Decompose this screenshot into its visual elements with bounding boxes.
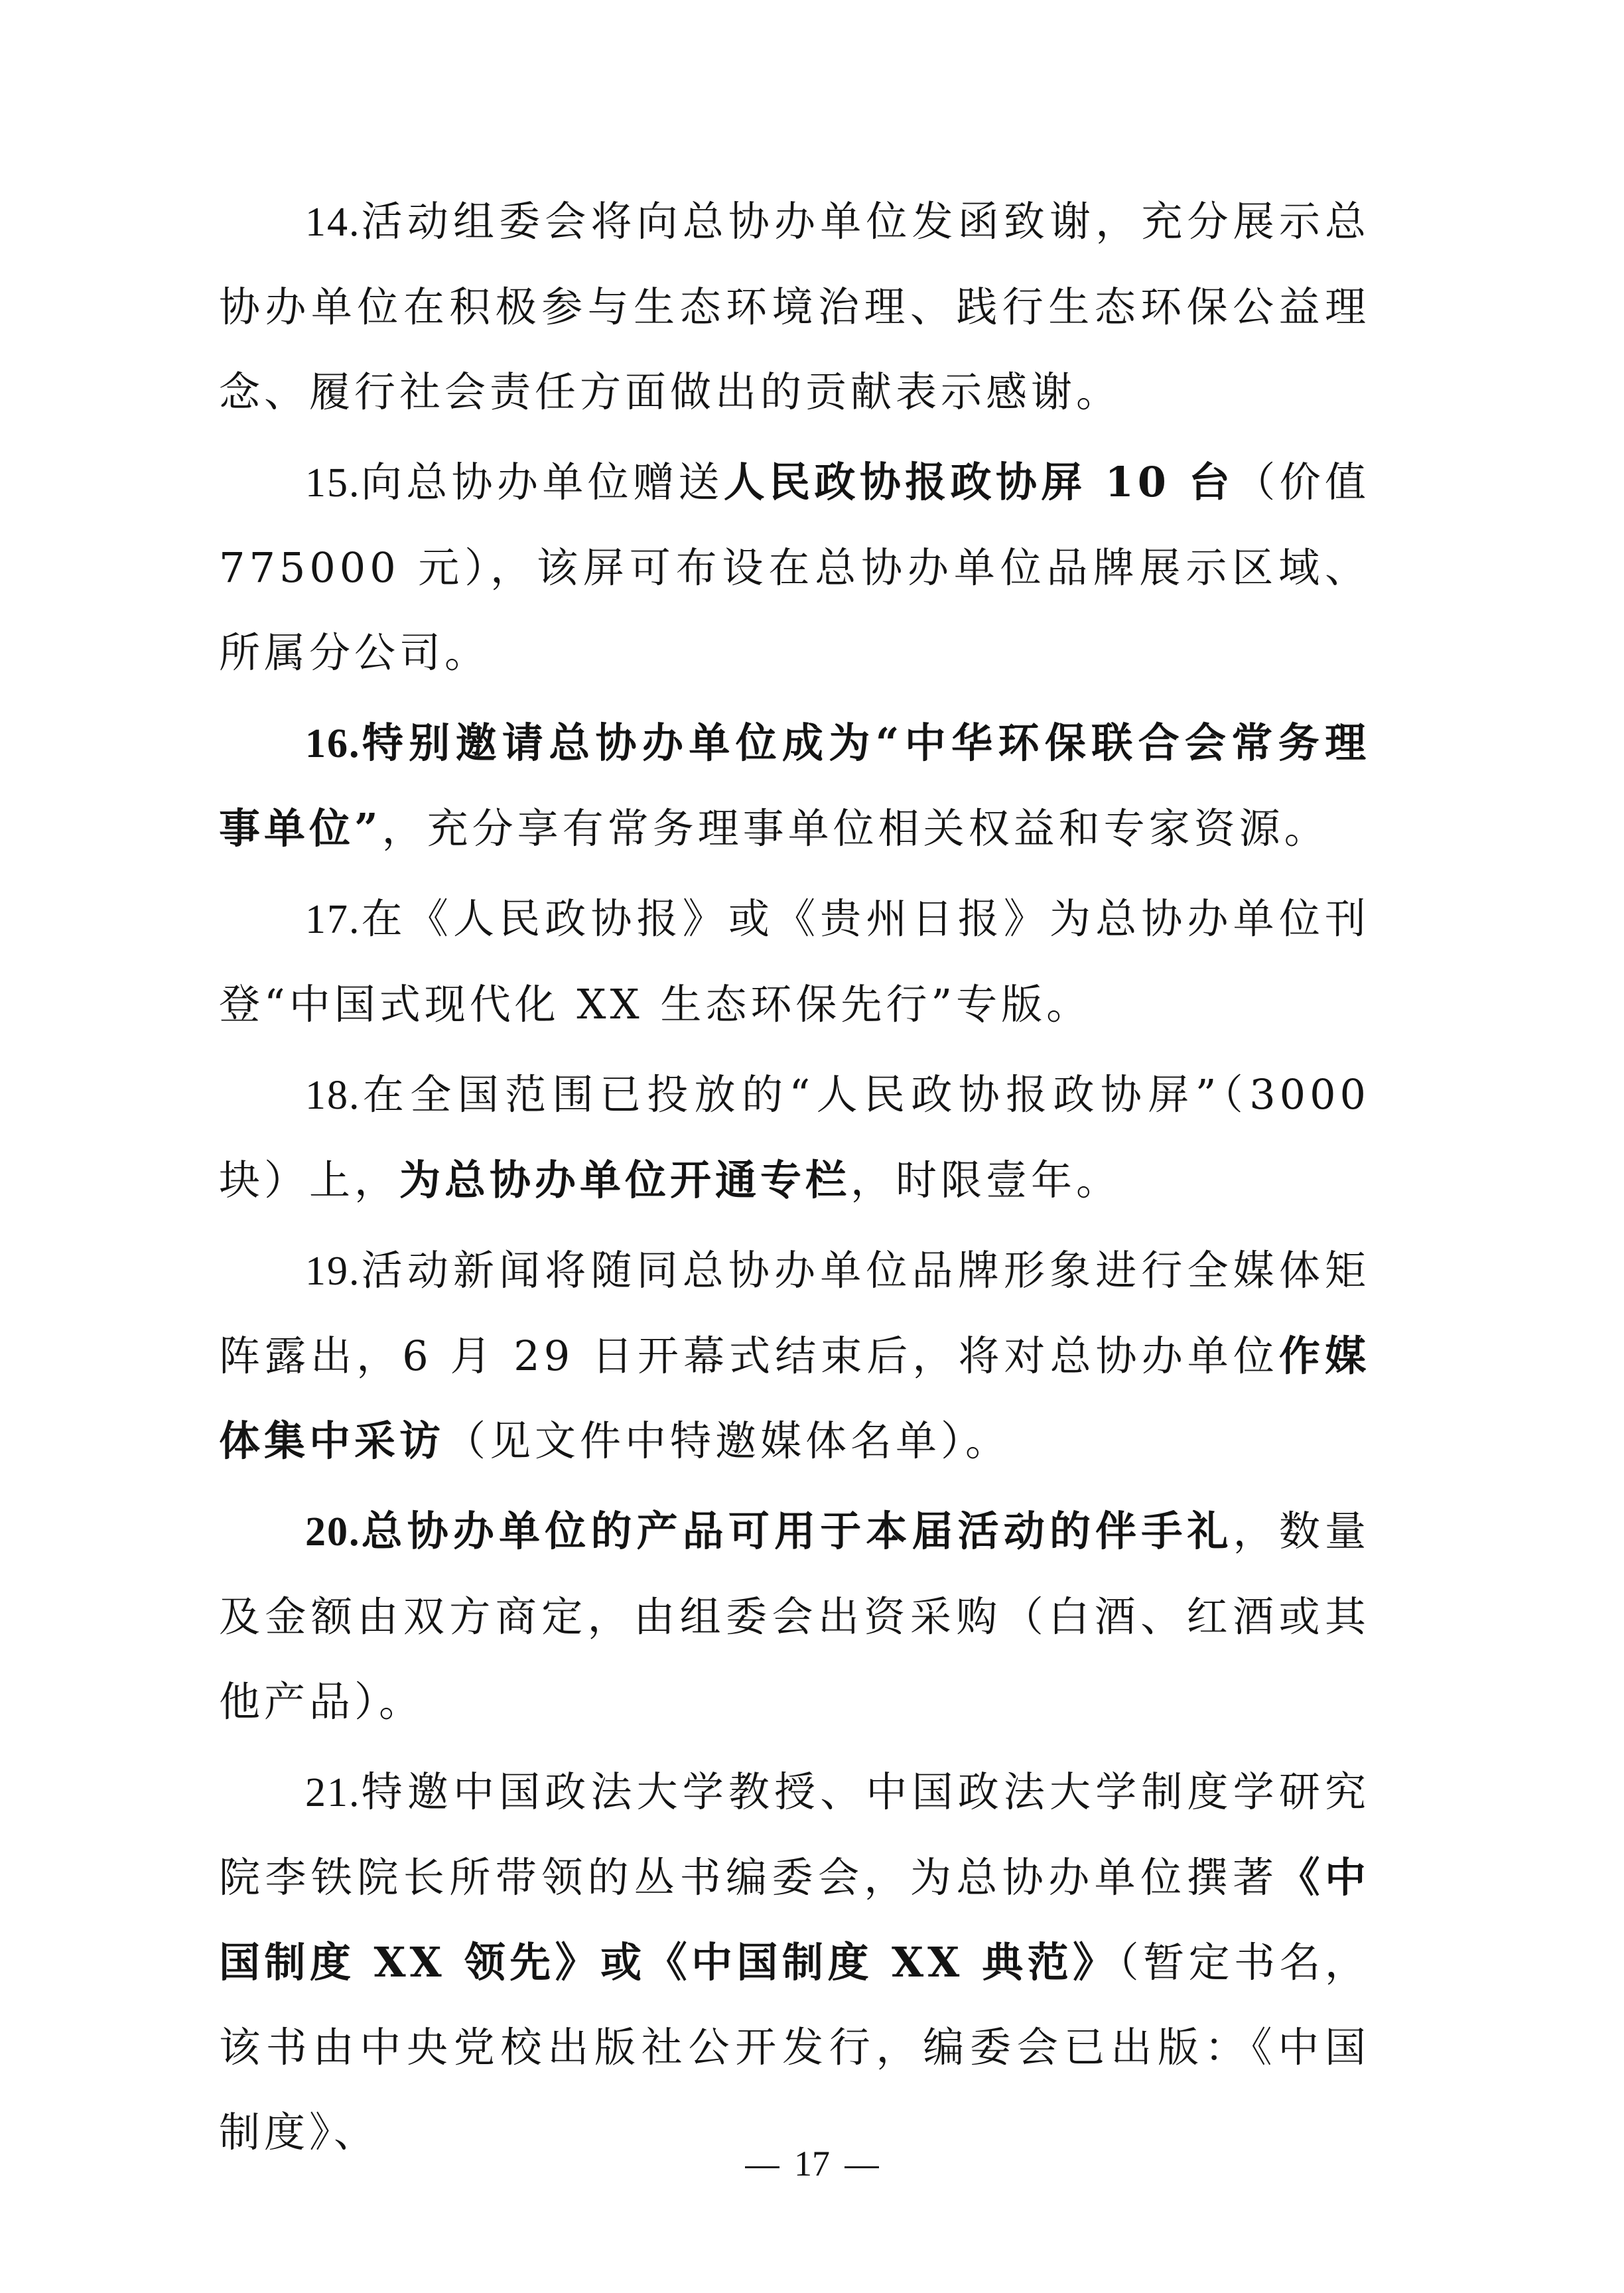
emphasis-text: 为总协办单位开通专栏 xyxy=(399,1156,850,1204)
paragraph-21: 21.特邀中国政法大学教授、中国政法大学制度学研究院李铁院长所带领的丛书编委会，… xyxy=(219,1750,1370,2175)
page-number: 17 xyxy=(794,2144,830,2184)
paragraph-text: 活动组委会将向总协办单位发函致谢，充分展示总协办单位在积极参与生态环境治理、践行… xyxy=(219,197,1370,416)
paragraph-17: 17.在《人民政协报》或《贵州日报》为总协办单位刊登“中国式现代化 XX 生态环… xyxy=(219,876,1370,1047)
paragraph-19: 19.活动新闻将随同总协办单位品牌形象进行全媒体矩阵露出，6 月 29 日开幕式… xyxy=(219,1228,1370,1484)
paragraph-text: 活动新闻将随同总协办单位品牌形象进行全媒体矩阵露出，6 月 29 日开幕式结束后… xyxy=(219,1246,1370,1380)
paragraph-text: ，时限壹年。 xyxy=(850,1156,1121,1204)
item-number: 19. xyxy=(305,1249,361,1294)
paragraph-18: 18.在全国范围已投放的“人民政协报政协屏”（3000 块）上，为总协办单位开通… xyxy=(219,1052,1370,1223)
paragraph-text: 在《人民政协报》或《贵州日报》为总协办单位刊登“中国式现代化 XX 生态环保先行… xyxy=(219,894,1370,1028)
item-number: 14. xyxy=(305,200,361,245)
paragraph-20: 20.总协办单位的产品可用于本届活动的伴手礼，数量及金额由双方商定，由组委会出资… xyxy=(219,1489,1370,1744)
dash-left xyxy=(745,2166,779,2168)
item-number: 18. xyxy=(305,1073,361,1118)
paragraph-text: 特邀中国政法大学教授、中国政法大学制度学研究院李铁院长所带领的丛书编委会，为总协… xyxy=(219,1768,1370,1902)
item-number: 15. xyxy=(305,460,361,506)
dash-right xyxy=(845,2166,879,2168)
emphasis-text: 总协办单位的产品可用于本届活动的伴手礼 xyxy=(361,1507,1233,1555)
paragraph-14: 14.活动组委会将向总协办单位发函致谢，充分展示总协办单位在积极参与生态环境治理… xyxy=(219,179,1370,435)
item-number: 21. xyxy=(305,1770,361,1815)
paragraph-text: ，充分享有常务理事单位相关权益和专家资源。 xyxy=(382,804,1329,853)
item-number: 20. xyxy=(305,1509,361,1555)
emphasis-text: 人民政协报政协屏 10 台 xyxy=(724,458,1234,506)
paragraph-text: 向总协办单位赠送 xyxy=(361,458,724,506)
paragraph-text: （见文件中特邀媒体名单）。 xyxy=(444,1417,1010,1465)
document-page: 14.活动组委会将向总协办单位发函致谢，充分展示总协办单位在积极参与生态环境治理… xyxy=(219,179,1370,2180)
paragraph-15: 15.向总协办单位赠送人民政协报政协屏 10 台（价值 775000 元），该屏… xyxy=(219,440,1370,695)
item-number: 16. xyxy=(305,721,361,766)
item-number: 17. xyxy=(305,897,361,942)
paragraph-16: 16.特别邀请总协办单位成为“中华环保联合会常务理事单位”，充分享有常务理事单位… xyxy=(219,701,1370,871)
page-footer: 17 xyxy=(0,2143,1624,2184)
